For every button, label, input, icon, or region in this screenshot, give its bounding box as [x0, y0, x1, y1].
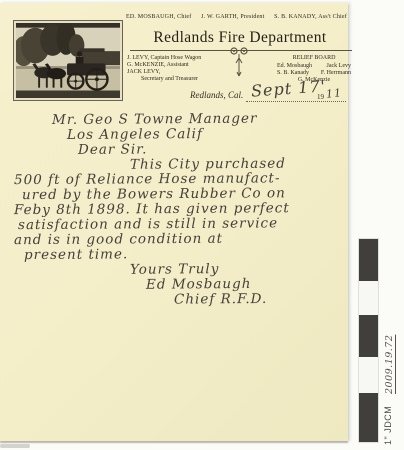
relief-board-row: Ed. Mosbaugh Jack Levy [277, 63, 351, 70]
relief-board-heading: RELIEF BOARD [277, 55, 351, 62]
letter-body: Mr. Geo S Towne Manager Los Angeles Cali… [12, 112, 346, 307]
staff-left-block: J. LEVY, Captain Hose Wagon G. McKENZIE,… [127, 55, 247, 83]
signature-title: Chief R.F.D. [174, 291, 346, 307]
scan-smudge [0, 444, 30, 448]
scanned-letter: ED. MOSBAUGH, Chief J. W. GARTH, Preside… [0, 0, 404, 450]
fire-wagon-photo-image [16, 23, 120, 98]
top-officers-row: ED. MOSBAUGH, Chief J. W. GARTH, Preside… [126, 14, 347, 20]
relief-board-row: S. B. Kanady F. Herrmann [277, 70, 351, 77]
accession-number: 2009.19.72 [384, 292, 395, 394]
staff-left-line: Secretary and Treasurer [141, 76, 247, 83]
scale-ruler [358, 238, 379, 443]
handwritten-date-year: 11 [325, 86, 342, 101]
staff-left-line: J. LEVY, Captain Hose Wagon [127, 55, 247, 62]
officer-president: J. W. GARTH, President [201, 14, 264, 20]
officer-asst-chief: S. B. KANADY, Ass't Chief [274, 14, 347, 20]
scale-label: 1" JDCM [383, 397, 393, 445]
ruler-segment [359, 281, 378, 316]
ruler-segment [359, 315, 378, 357]
relief-member: F. Herrmann [321, 70, 351, 77]
ruler-segment [359, 239, 378, 281]
relief-member: Ed. Mosbaugh [277, 63, 312, 70]
dateline-place: Redlands, Cal. [190, 90, 243, 100]
letterhead-title: Redlands Fire Department [128, 29, 352, 47]
staff-left-line: G. McKENZIE, Assistant [127, 62, 247, 69]
relief-member: Jack Levy [327, 63, 352, 70]
relief-member: S. B. Kanady [277, 70, 309, 77]
letter-paper: ED. MOSBAUGH, Chief J. W. GARTH, Preside… [0, 3, 348, 441]
fire-wagon-photo [13, 20, 123, 101]
officer-chief: ED. MOSBAUGH, Chief [126, 14, 191, 20]
staff-left-line: JACK LEVY, [127, 69, 247, 76]
ruler-segment [359, 357, 378, 393]
ruler-segment [359, 393, 378, 443]
